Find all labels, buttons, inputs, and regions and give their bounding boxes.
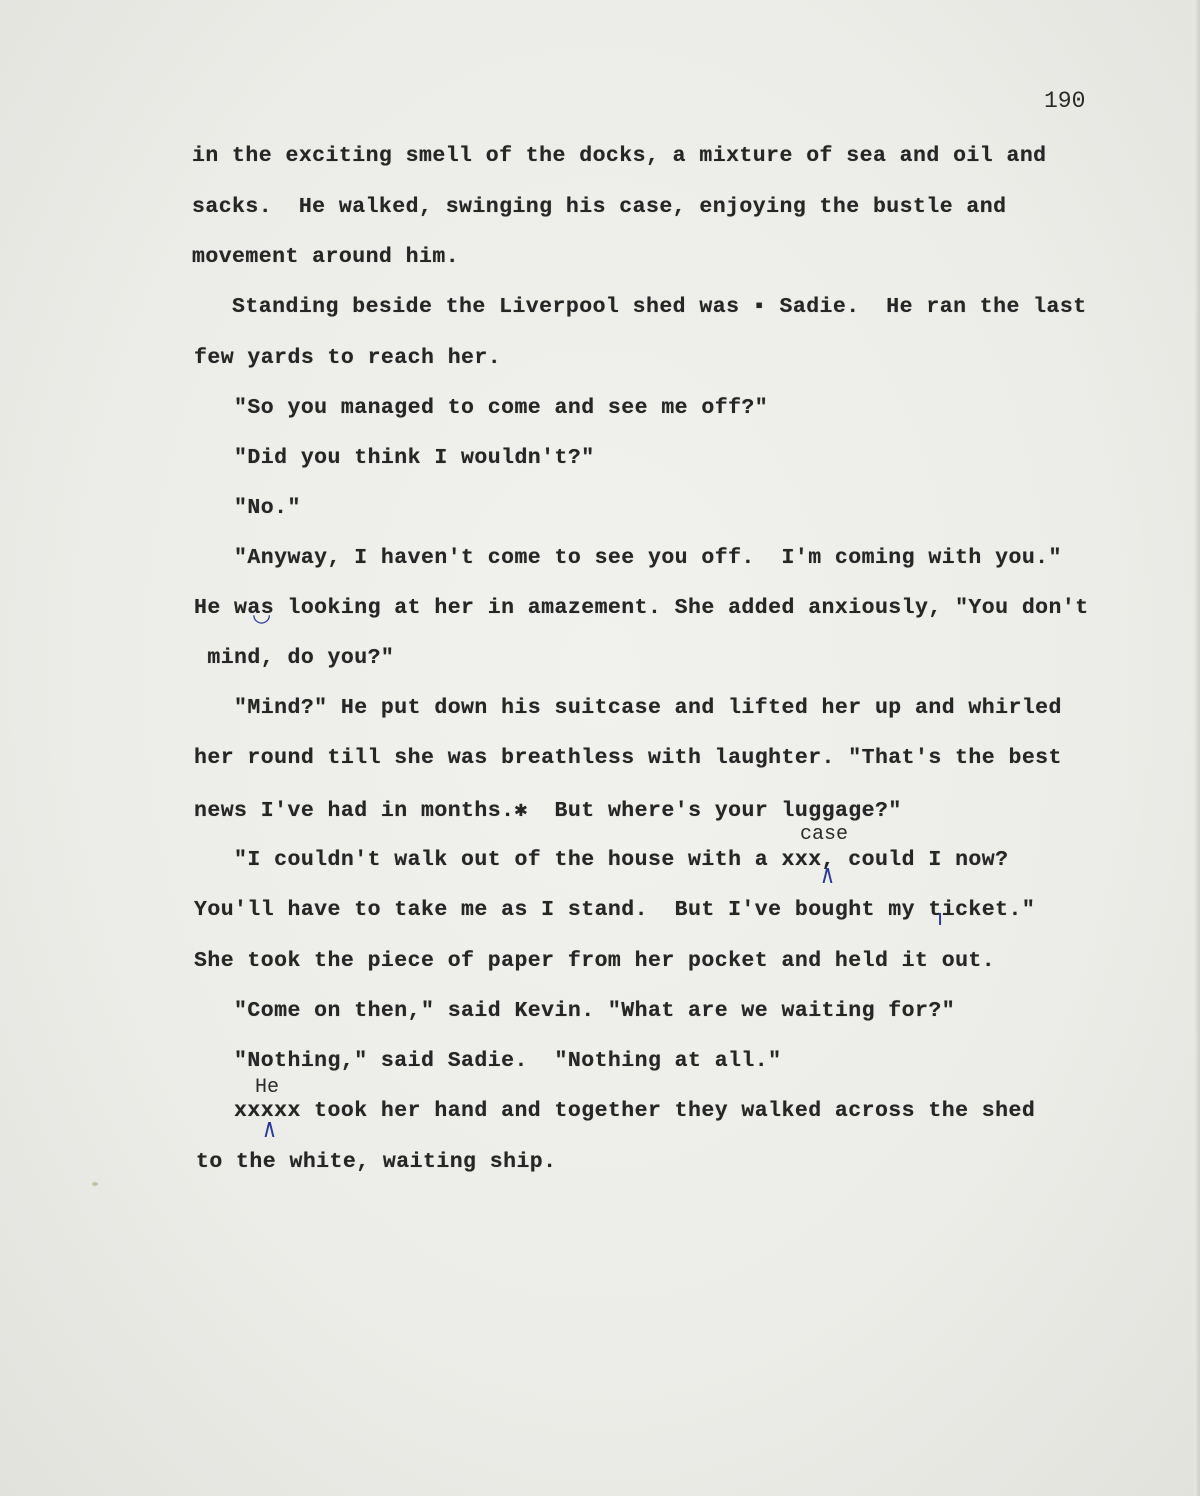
text-line: She took the piece of paper from her poc…: [194, 949, 995, 973]
paper-speck: [92, 1182, 98, 1186]
inserted-word-case: case: [800, 823, 848, 846]
text-line: sacks. He walked, swinging his case, enj…: [192, 195, 1006, 219]
pen-correction-mark: ı: [937, 906, 943, 931]
text-line: in the exciting smell of the docks, a mi…: [192, 144, 1047, 168]
text-line: You'll have to take me as I stand. But I…: [194, 898, 1035, 922]
typewritten-page: 190 in the exciting smell of the docks, …: [0, 0, 1200, 1496]
text-line: news I've had in months.✱ But where's yo…: [194, 797, 902, 823]
text-line: "Mind?" He put down his suitcase and lif…: [194, 696, 1062, 720]
text-line: mind, do you?": [194, 646, 394, 670]
text-line: He was looking at her in amazement. She …: [194, 596, 1089, 620]
text-line: movement around him.: [192, 245, 459, 269]
text-line: Standing beside the Liverpool shed was ▪…: [192, 295, 1087, 319]
text-line: to the white, waiting ship.: [196, 1150, 557, 1174]
inserted-word-he: He: [255, 1076, 279, 1099]
text-line: "Anyway, I haven't come to see you off. …: [194, 546, 1062, 570]
page-edge: [1194, 0, 1200, 1496]
text-line: "Nothing," said Sadie. "Nothing at all.": [194, 1049, 782, 1073]
text-line: "I couldn't walk out of the house with a…: [194, 848, 1008, 872]
text-line: few yards to reach her.: [194, 346, 501, 370]
text-line: "So you managed to come and see me off?": [194, 396, 768, 420]
text-line: "No.": [194, 496, 301, 520]
insertion-caret-icon: ∧: [262, 1114, 277, 1144]
text-line: xxxxx took her hand and together they wa…: [194, 1099, 1035, 1123]
page-number: 190: [1044, 88, 1085, 114]
insertion-caret-icon: ∧: [820, 860, 835, 890]
text-line: "Come on then," said Kevin. "What are we…: [194, 999, 955, 1023]
text-line: her round till she was breathless with l…: [194, 746, 1062, 770]
text-line: "Did you think I wouldn't?": [194, 446, 595, 470]
pen-correction-mark: ◡: [252, 602, 271, 627]
